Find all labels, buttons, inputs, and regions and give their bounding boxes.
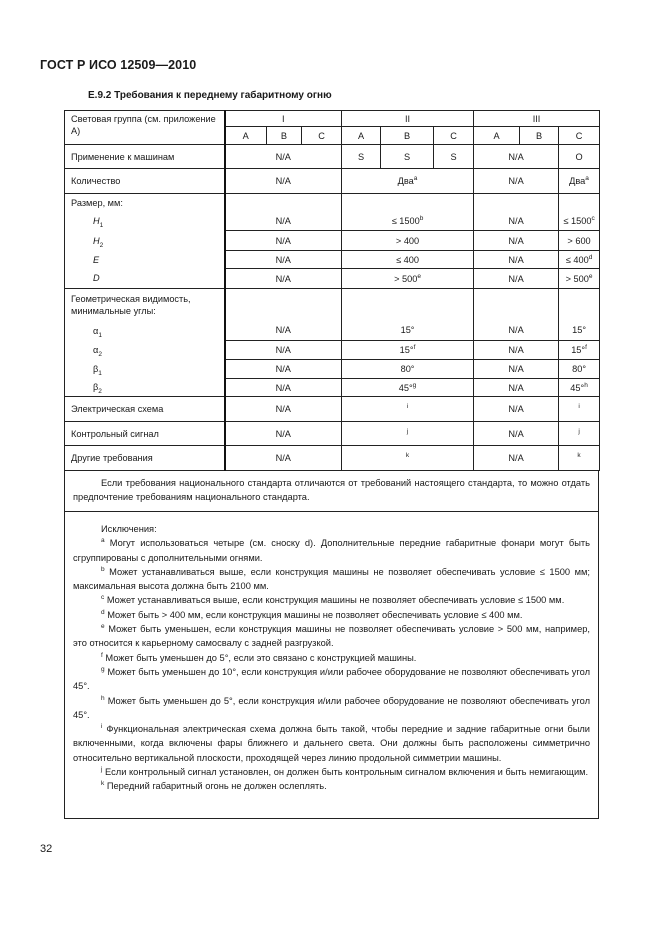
footnote-f: f Может быть уменьшен до 5°, если это св… bbox=[73, 651, 590, 665]
cell-g2: Дваa bbox=[342, 169, 474, 194]
group-header-1: I bbox=[225, 111, 342, 127]
cell-g3ab: N/A bbox=[474, 397, 559, 422]
row-label: H1 bbox=[65, 212, 225, 231]
footnote-e: e Может быть уменьшен, если конструкция … bbox=[73, 622, 590, 651]
table-row-geometry-header: Геометрическая видимость, минимальные уг… bbox=[65, 289, 600, 321]
subgroup-header: B bbox=[381, 127, 434, 145]
cell-g3ab: N/A bbox=[474, 251, 559, 269]
cell-g3c: 45°h bbox=[559, 379, 600, 397]
row-label: Контрольный сигнал bbox=[65, 422, 225, 446]
cell-g3ab: N/A bbox=[474, 422, 559, 446]
cell-g3c: k bbox=[559, 446, 600, 471]
cell-g3c: > 500e bbox=[559, 269, 600, 289]
row-label: Применение к машинам bbox=[65, 145, 225, 169]
subgroup-header: C bbox=[302, 127, 342, 145]
footnote-text: Может быть > 400 мм, если конструкция ма… bbox=[105, 610, 523, 620]
exceptions-box: Исключения: a Могут использоваться четыр… bbox=[64, 511, 599, 819]
table-row: H1N/A≤ 1500bN/A≤ 1500c bbox=[65, 212, 600, 231]
footnote-text: Передний габаритный огонь не должен осле… bbox=[104, 781, 326, 791]
cell-g3c: ≤ 1500c bbox=[559, 212, 600, 231]
cell-g3c: > 600 bbox=[559, 231, 600, 251]
footnote-text: Может быть уменьшен до 5°, если это связ… bbox=[103, 653, 417, 663]
footnote-b: b Может устанавливаться выше, если конст… bbox=[73, 565, 590, 594]
row-label: Электрическая схема bbox=[65, 397, 225, 422]
footnote-text: Может быть уменьшен до 5°, если конструк… bbox=[73, 696, 590, 720]
subgroup-header: B bbox=[267, 127, 302, 145]
footnote-a: a Могут использоваться четыре (см. сноск… bbox=[73, 536, 590, 565]
cell-g1: N/A bbox=[225, 251, 342, 269]
cell-g3c: 15°f bbox=[559, 341, 600, 360]
note-text: Если требования национального стандарта … bbox=[73, 476, 590, 504]
group-header-2: II bbox=[342, 111, 474, 127]
row-label: H2 bbox=[65, 231, 225, 251]
geometry-label: Геометрическая видимость, минимальные уг… bbox=[65, 289, 225, 321]
row-label: D bbox=[65, 269, 225, 289]
subgroup-header: A bbox=[342, 127, 381, 145]
cell-g1: N/A bbox=[225, 269, 342, 289]
group-header-3: III bbox=[474, 111, 600, 127]
row-label: Другие требования bbox=[65, 446, 225, 471]
cell-g3ab: N/A bbox=[474, 269, 559, 289]
footnote-text: Может быть уменьшен до 10°, если констру… bbox=[73, 667, 590, 691]
cell-g3c: ≤ 400d bbox=[559, 251, 600, 269]
table-row: β1N/A80°N/A80° bbox=[65, 360, 600, 379]
cell-g2: i bbox=[342, 397, 474, 422]
cell-g2a: S bbox=[342, 145, 381, 169]
cell-g3ab: N/A bbox=[474, 341, 559, 360]
subgroup-header: B bbox=[520, 127, 559, 145]
cell-g3c: i bbox=[559, 397, 600, 422]
cell-g1: N/A bbox=[225, 145, 342, 169]
cell-g1: N/A bbox=[225, 379, 342, 397]
cell-g3ab: N/A bbox=[474, 360, 559, 379]
footnote-text: Могут использоваться четыре (см. сноску … bbox=[73, 538, 590, 562]
cell-g3ab: N/A bbox=[474, 212, 559, 231]
table-row-application: Применение к машинам N/A S S S N/A O bbox=[65, 145, 600, 169]
cell-g1: N/A bbox=[225, 397, 342, 422]
cell-g1: N/A bbox=[225, 422, 342, 446]
cell-g3c: 15° bbox=[559, 321, 600, 341]
footnote-text: Может устанавливаться выше, если констру… bbox=[73, 567, 590, 591]
footnote-h: h Может быть уменьшен до 5°, если констр… bbox=[73, 694, 590, 723]
cell-g2: 15°f bbox=[342, 341, 474, 360]
page-number: 32 bbox=[40, 843, 52, 855]
cell-g1: N/A bbox=[225, 321, 342, 341]
footnote-d: d Может быть > 400 мм, если конструкция … bbox=[73, 608, 590, 622]
table-row: DN/A> 500eN/A> 500e bbox=[65, 269, 600, 289]
table-row: α1N/A15°N/A15° bbox=[65, 321, 600, 341]
footnote-text: Функциональная электрическая схема должн… bbox=[73, 724, 590, 763]
cell-g3ab: N/A bbox=[474, 446, 559, 471]
footnote-j: j Если контрольный сигнал установлен, он… bbox=[73, 765, 590, 779]
footnote-g: g Может быть уменьшен до 10°, если конст… bbox=[73, 665, 590, 694]
table-row-control: Контрольный сигнал N/A j N/A j bbox=[65, 422, 600, 446]
document-header: ГОСТ Р ИСО 12509—2010 bbox=[40, 58, 196, 72]
row-label: E bbox=[65, 251, 225, 269]
row-label: β2 bbox=[65, 379, 225, 397]
cell-g1: N/A bbox=[225, 169, 342, 194]
table-row-other: Другие требования N/A k N/A k bbox=[65, 446, 600, 471]
cell-g3c: j bbox=[559, 422, 600, 446]
footnote-k: k Передний габаритный огонь не должен ос… bbox=[73, 779, 590, 793]
cell-g1: N/A bbox=[225, 212, 342, 231]
footnote-text: Может устанавливаться выше, если констру… bbox=[104, 595, 564, 605]
row-label: α2 bbox=[65, 341, 225, 360]
light-group-label: Световая группа (см. приложение А) bbox=[65, 111, 225, 145]
cell-g1: N/A bbox=[225, 360, 342, 379]
cell-g2: > 400 bbox=[342, 231, 474, 251]
table-row: α2N/A15°fN/A15°f bbox=[65, 341, 600, 360]
table-row-electrical: Электрическая схема N/A i N/A i bbox=[65, 397, 600, 422]
subgroup-header: A bbox=[474, 127, 520, 145]
table-row-quantity: Количество N/A Дваa N/A Дваa bbox=[65, 169, 600, 194]
cell-g2b: S bbox=[381, 145, 434, 169]
cell-g2: j bbox=[342, 422, 474, 446]
cell-g2: ≤ 400 bbox=[342, 251, 474, 269]
cell-g3c: Дваa bbox=[559, 169, 600, 194]
table-row: H2N/A> 400N/A> 600 bbox=[65, 231, 600, 251]
row-label: Количество bbox=[65, 169, 225, 194]
cell-g3c: O bbox=[559, 145, 600, 169]
subgroup-header: C bbox=[434, 127, 474, 145]
table-row: β2N/A45°gN/A45°h bbox=[65, 379, 600, 397]
subgroup-header: A bbox=[225, 127, 267, 145]
subgroup-header: C bbox=[559, 127, 600, 145]
cell-g2: 15° bbox=[342, 321, 474, 341]
row-label: α1 bbox=[65, 321, 225, 341]
national-standard-note: Если требования национального стандарта … bbox=[64, 470, 599, 512]
cell-g2: ≤ 1500b bbox=[342, 212, 474, 231]
cell-g2: 80° bbox=[342, 360, 474, 379]
cell-g2c: S bbox=[434, 145, 474, 169]
row-label: β1 bbox=[65, 360, 225, 379]
cell-g3ab: N/A bbox=[474, 169, 559, 194]
cell-g1: N/A bbox=[225, 341, 342, 360]
cell-g2: > 500e bbox=[342, 269, 474, 289]
table-row-size-header: Размер, мм: bbox=[65, 194, 600, 212]
cell-g1: N/A bbox=[225, 446, 342, 471]
cell-g1: N/A bbox=[225, 231, 342, 251]
footnote-c: c Может устанавливаться выше, если конст… bbox=[73, 593, 590, 607]
exceptions-title: Исключения: bbox=[73, 522, 590, 536]
cell-g3c: 80° bbox=[559, 360, 600, 379]
cell-g2: 45°g bbox=[342, 379, 474, 397]
footnote-text: Если контрольный сигнал установлен, он д… bbox=[102, 767, 588, 777]
section-title: Е.9.2 Требования к переднему габаритному… bbox=[88, 90, 332, 101]
table-row: EN/A≤ 400N/A≤ 400d bbox=[65, 251, 600, 269]
cell-g3ab: N/A bbox=[474, 321, 559, 341]
cell-g3ab: N/A bbox=[474, 231, 559, 251]
footnote-text: Может быть уменьшен, если конструкция ма… bbox=[73, 624, 590, 648]
footnote-list: a Могут использоваться четыре (см. сноск… bbox=[65, 536, 598, 793]
cell-g3ab: N/A bbox=[474, 145, 559, 169]
size-label: Размер, мм: bbox=[65, 194, 225, 212]
cell-g2: k bbox=[342, 446, 474, 471]
footnote-i: i Функциональная электрическая схема дол… bbox=[73, 722, 590, 765]
front-position-lamp-requirements-table: Световая группа (см. приложение А) I II … bbox=[64, 110, 600, 471]
cell-g3ab: N/A bbox=[474, 379, 559, 397]
